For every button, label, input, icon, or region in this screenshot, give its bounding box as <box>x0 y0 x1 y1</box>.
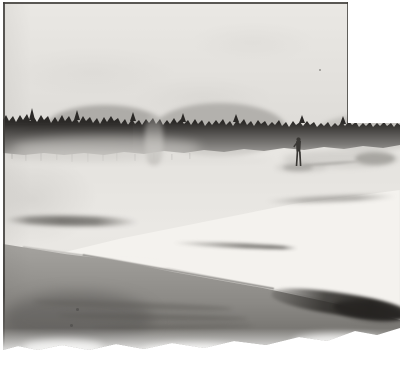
photo-border-notch <box>347 2 349 123</box>
page-background <box>0 0 400 366</box>
photo-border-left <box>3 2 5 347</box>
photo-border-top <box>3 2 348 4</box>
photograph <box>3 2 400 355</box>
print-tone-vignette <box>3 2 400 355</box>
